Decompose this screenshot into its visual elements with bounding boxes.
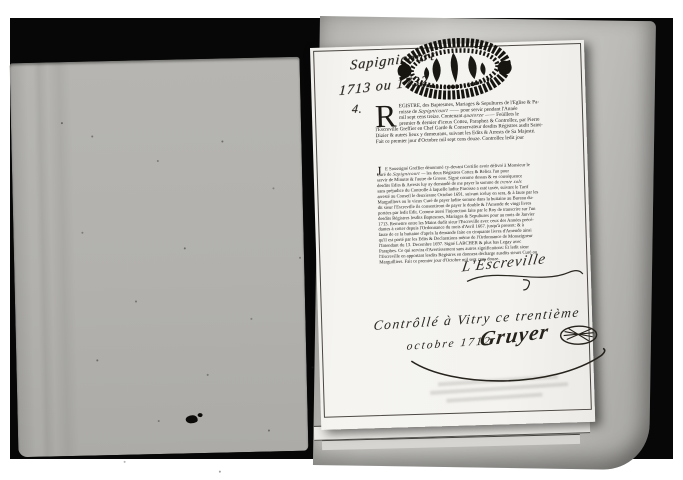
paper-speckles xyxy=(61,122,63,124)
signature-hatch-flourish-icon xyxy=(558,324,599,347)
handwritten-feuillets-inline: quatorze —— xyxy=(463,112,495,119)
register-heading-paragraph: R EGISTRE, des Baptesmes, Mariages & Sep… xyxy=(375,98,568,148)
dropcap-r: R xyxy=(375,103,397,129)
handwritten-parish-inline: Sapignicourt —— xyxy=(418,107,460,114)
handwritten-sum-inline: trente sols xyxy=(500,179,523,185)
handwritten-parish-inline: Sapignicourt — xyxy=(392,171,426,177)
ink-blot xyxy=(186,415,198,423)
initial-j: J xyxy=(377,166,382,177)
paraphe-mark-icon xyxy=(521,277,533,291)
document-page: Sapignicourt 1713 ou 1732 4. R EGISTRE, … xyxy=(310,40,595,430)
signature-sweep-flourish-icon xyxy=(409,347,612,395)
folio-number-note: 4. xyxy=(351,101,364,116)
ink-blot xyxy=(198,413,203,417)
fiscal-stamp-icon xyxy=(394,33,515,108)
left-flyleaf-page xyxy=(10,57,309,457)
